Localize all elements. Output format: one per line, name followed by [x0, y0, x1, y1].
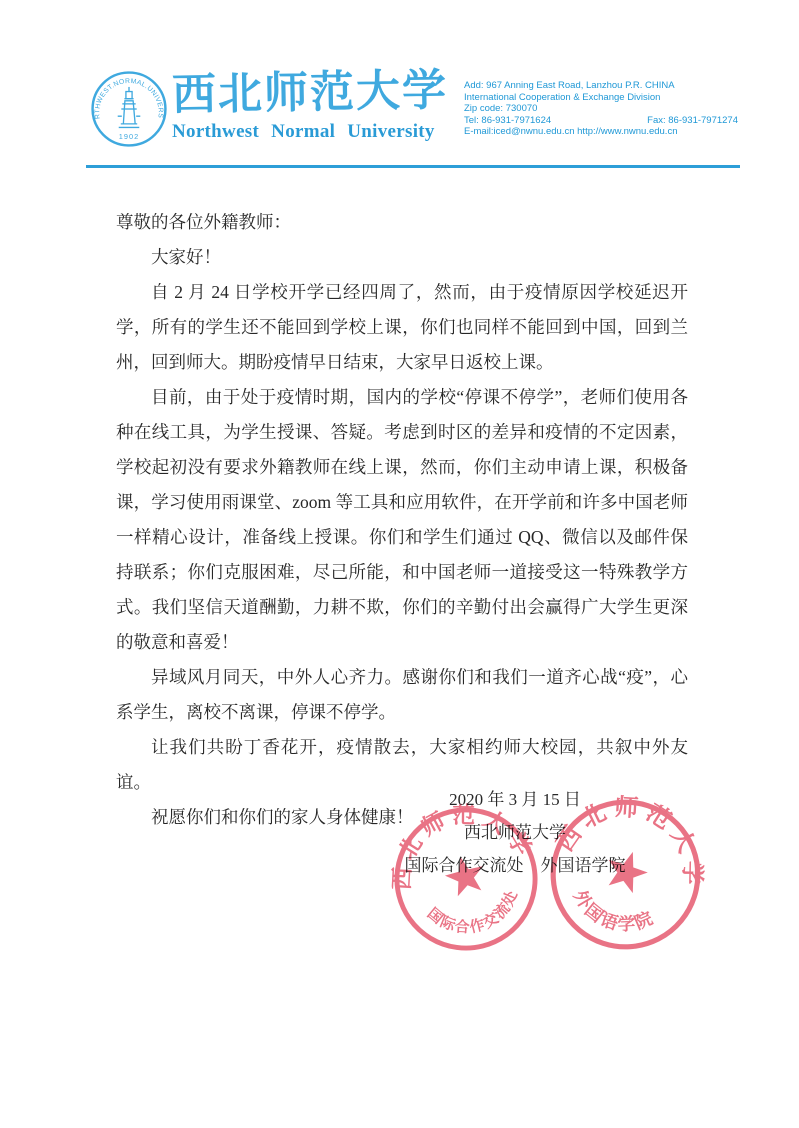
contact-tel: Tel: 86-931-7971624	[464, 115, 551, 127]
paragraph-greeting: 大家好！	[116, 240, 688, 275]
contact-info: Add: 967 Anning East Road, Lanzhou P.R. …	[464, 80, 742, 138]
letter-page: NORTHWEST.NORMAL.UNIVERSITY 1902 西北师范大学 …	[0, 0, 799, 1128]
contact-email-web: E-mail:iced@nwnu.edu.cn http://www.nwnu.…	[464, 126, 742, 138]
header-divider	[86, 165, 740, 168]
svg-text:外国语学院: 外国语学院	[563, 883, 662, 946]
seal-ring-text: NORTHWEST.NORMAL.UNIVERSITY	[90, 70, 164, 119]
stamp-star-icon	[441, 852, 488, 898]
contact-address: Add: 967 Anning East Road, Lanzhou P.R. …	[464, 80, 742, 92]
contact-fax: Fax: 86-931-7971274	[647, 115, 738, 127]
university-name-cn: 西北师范大学	[172, 65, 473, 120]
university-seal-icon: NORTHWEST.NORMAL.UNIVERSITY 1902	[90, 70, 168, 148]
letterhead: 西北师范大学 Northwest Normal University	[172, 68, 472, 143]
seal-tower-icon	[118, 87, 141, 128]
contact-zip: Zip code: 730070	[464, 103, 742, 115]
paragraph: 自 2 月 24 日学校开学已经四周了，然而，由于疫情原因学校延迟开学，所有的学…	[116, 275, 688, 380]
svg-text:NORTHWEST.NORMAL.UNIVERSITY: NORTHWEST.NORMAL.UNIVERSITY	[90, 70, 164, 119]
university-name-en: Northwest Normal University	[172, 121, 472, 143]
seal-year-text: 1902	[119, 132, 140, 141]
stamp-bottom-text: 外国语学院	[563, 883, 662, 946]
paragraph: 目前，由于处于疫情时期，国内的学校“停课不停学”，老师们使用各种在线工具，为学生…	[116, 380, 688, 660]
contact-division: International Cooperation & Exchange Div…	[464, 92, 742, 104]
paragraph: 异域风月同天，中外人心齐力。感谢你们和我们一道齐心战“疫”，心系学生，离校不离课…	[116, 660, 688, 730]
salutation: 尊敬的各位外籍教师：	[116, 205, 688, 240]
stamp-bottom-text: 国际合作交流处	[421, 883, 528, 946]
letter-body: 尊敬的各位外籍教师： 大家好！ 自 2 月 24 日学校开学已经四周了，然而，由…	[116, 205, 688, 835]
svg-text:国际合作交流处: 国际合作交流处	[421, 883, 528, 946]
stamp-star-icon	[601, 846, 652, 896]
